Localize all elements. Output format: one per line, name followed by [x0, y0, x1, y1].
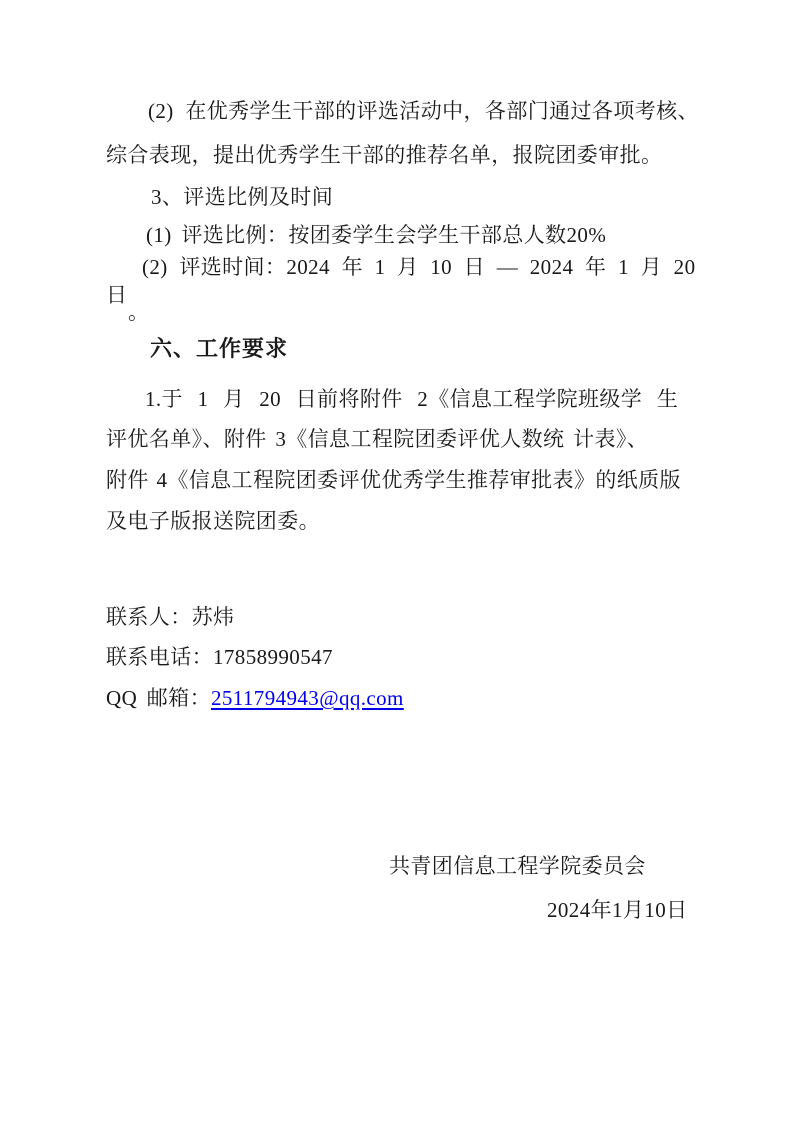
signature-organization: 共青团信息工程学院委员会 [389, 853, 646, 879]
paragraph-line: 评优名单》、附件 3《信息工程院团委评优人数统 计表》、 [106, 426, 648, 452]
email-link[interactable]: 2511794943@qq.com [211, 686, 404, 710]
list-item-ratio: (1) 评选比例：按团委学生会学生干部总人数20% [146, 222, 606, 248]
wrapped-period: 。 [128, 299, 149, 325]
signature-date: 2024年1月10日 [547, 897, 688, 923]
document-page: (2) 在优秀学生干部的评选活动中，各部门通过各项考核、 综合表现，提出优秀学生… [0, 0, 793, 1122]
paragraph-line: 附件 4《信息工程院团委评优优秀学生推荐审批表》的纸质版 [106, 467, 681, 493]
contact-person: 联系人：苏炜 [106, 604, 234, 630]
paragraph-line: 综合表现，提出优秀学生干部的推荐名单，报院团委审批。 [106, 142, 662, 168]
contact-email-label: QQ 邮箱： [106, 686, 211, 710]
section-heading: 六、工作要求 [150, 336, 288, 362]
paragraph-line: 1.于 1 月 20 日前将附件 2《信息工程学院班级学 生 [145, 386, 678, 412]
paragraph-line: 及电子版报送院团委。 [106, 508, 320, 534]
contact-email-line: QQ 邮箱：2511794943@qq.com [106, 685, 404, 711]
wrapped-character: 日 [106, 282, 127, 308]
contact-phone: 联系电话：17858990547 [106, 644, 333, 670]
list-item-time: (2) 评选时间：2024 年 1 月 10 日 — 2024 年 1 月 20 [142, 254, 696, 280]
paragraph-line: (2) 在优秀学生干部的评选活动中，各部门通过各项考核、 [148, 98, 699, 124]
subsection-heading: 3、评选比例及时间 [151, 184, 333, 210]
